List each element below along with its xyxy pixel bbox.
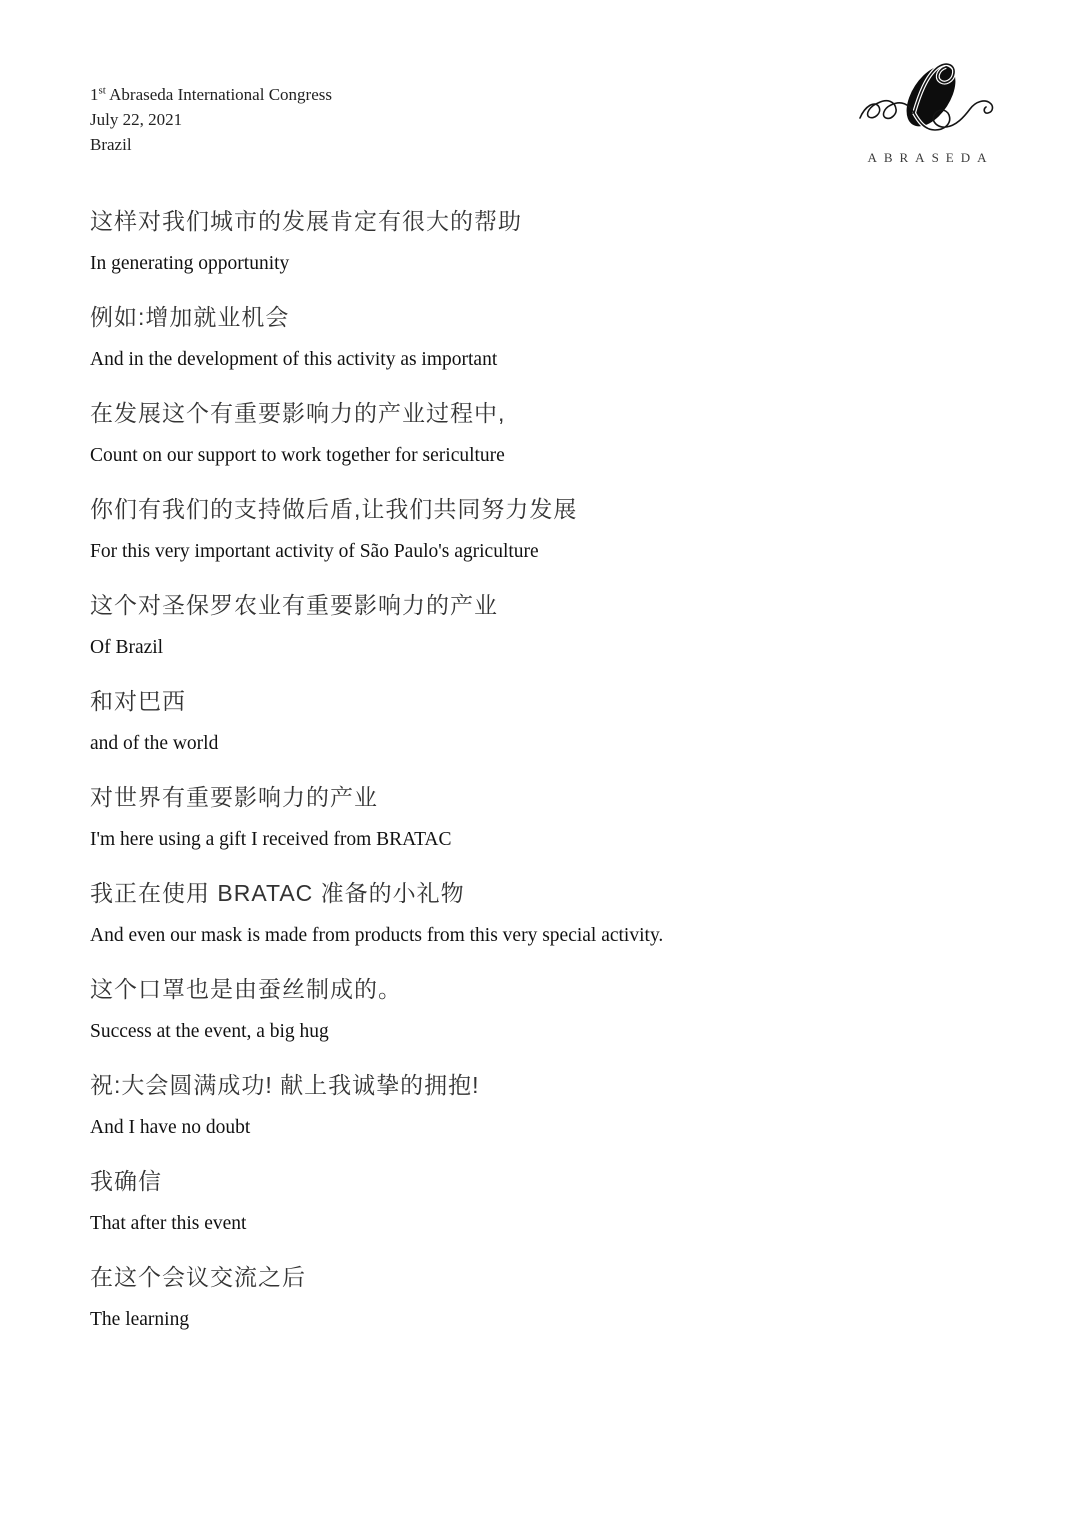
- transcript-line-zh: 你们有我们的支持做后盾,让我们共同努力发展: [90, 494, 1025, 524]
- transcript-line-en: And in the development of this activity …: [90, 347, 1025, 373]
- congress-ordinal: st: [99, 84, 106, 96]
- congress-date: July 22, 2021: [90, 107, 332, 132]
- transcript-line-zh: 这个对圣保罗农业有重要影响力的产业: [90, 590, 1025, 620]
- transcript-line-en: And I have no doubt: [90, 1115, 1025, 1141]
- transcript-line-en: and of the world: [90, 731, 1025, 757]
- transcript-line-zh: 我正在使用 BRATAC 准备的小礼物: [90, 878, 1025, 908]
- transcript-line-en: Of Brazil: [90, 635, 1025, 661]
- transcript-line-en: The learning: [90, 1307, 1025, 1333]
- transcript-line-zh: 在发展这个有重要影响力的产业过程中,: [90, 398, 1025, 428]
- transcript-line-en: Count on our support to work together fo…: [90, 443, 1025, 469]
- transcript-line-zh: 这样对我们城市的发展肯定有很大的帮助: [90, 206, 1025, 236]
- transcript-line-zh: 在这个会议交流之后: [90, 1262, 1025, 1292]
- transcript-line-zh: 这个口罩也是由蚕丝制成的。: [90, 974, 1025, 1004]
- abraseda-logo: ABRASEDA: [856, 56, 998, 166]
- silk-cocoon-icon: [856, 56, 998, 146]
- congress-title: Abraseda International Congress: [106, 85, 332, 104]
- transcript-line-en: In generating opportunity: [90, 251, 1025, 277]
- transcript-line-en: I'm here using a gift I received from BR…: [90, 827, 1025, 853]
- transcript-line-en: For this very important activity of São …: [90, 539, 1025, 565]
- congress-location: Brazil: [90, 132, 332, 157]
- transcript-line-en: And even our mask is made from products …: [90, 923, 1025, 949]
- document-header-meta: 1st Abraseda International Congress July…: [90, 82, 332, 157]
- transcript-line-en: Success at the event, a big hug: [90, 1019, 1025, 1045]
- transcript-line-zh: 祝:大会圆满成功! 献上我诚挚的拥抱!: [90, 1070, 1025, 1100]
- congress-number: 1: [90, 85, 99, 104]
- logo-wordmark: ABRASEDA: [856, 150, 998, 166]
- document-page: { "header": { "congress_number": "1", "c…: [0, 0, 1080, 1519]
- transcript-line-zh: 例如:增加就业机会: [90, 302, 1025, 332]
- transcript-line-zh: 和对巴西: [90, 686, 1025, 716]
- transcript-line-zh: 我确信: [90, 1166, 1025, 1196]
- congress-title-line: 1st Abraseda International Congress: [90, 82, 332, 107]
- transcript-line-en: That after this event: [90, 1211, 1025, 1237]
- transcript-content: 这样对我们城市的发展肯定有很大的帮助 In generating opportu…: [90, 206, 1025, 1358]
- transcript-line-zh: 对世界有重要影响力的产业: [90, 782, 1025, 812]
